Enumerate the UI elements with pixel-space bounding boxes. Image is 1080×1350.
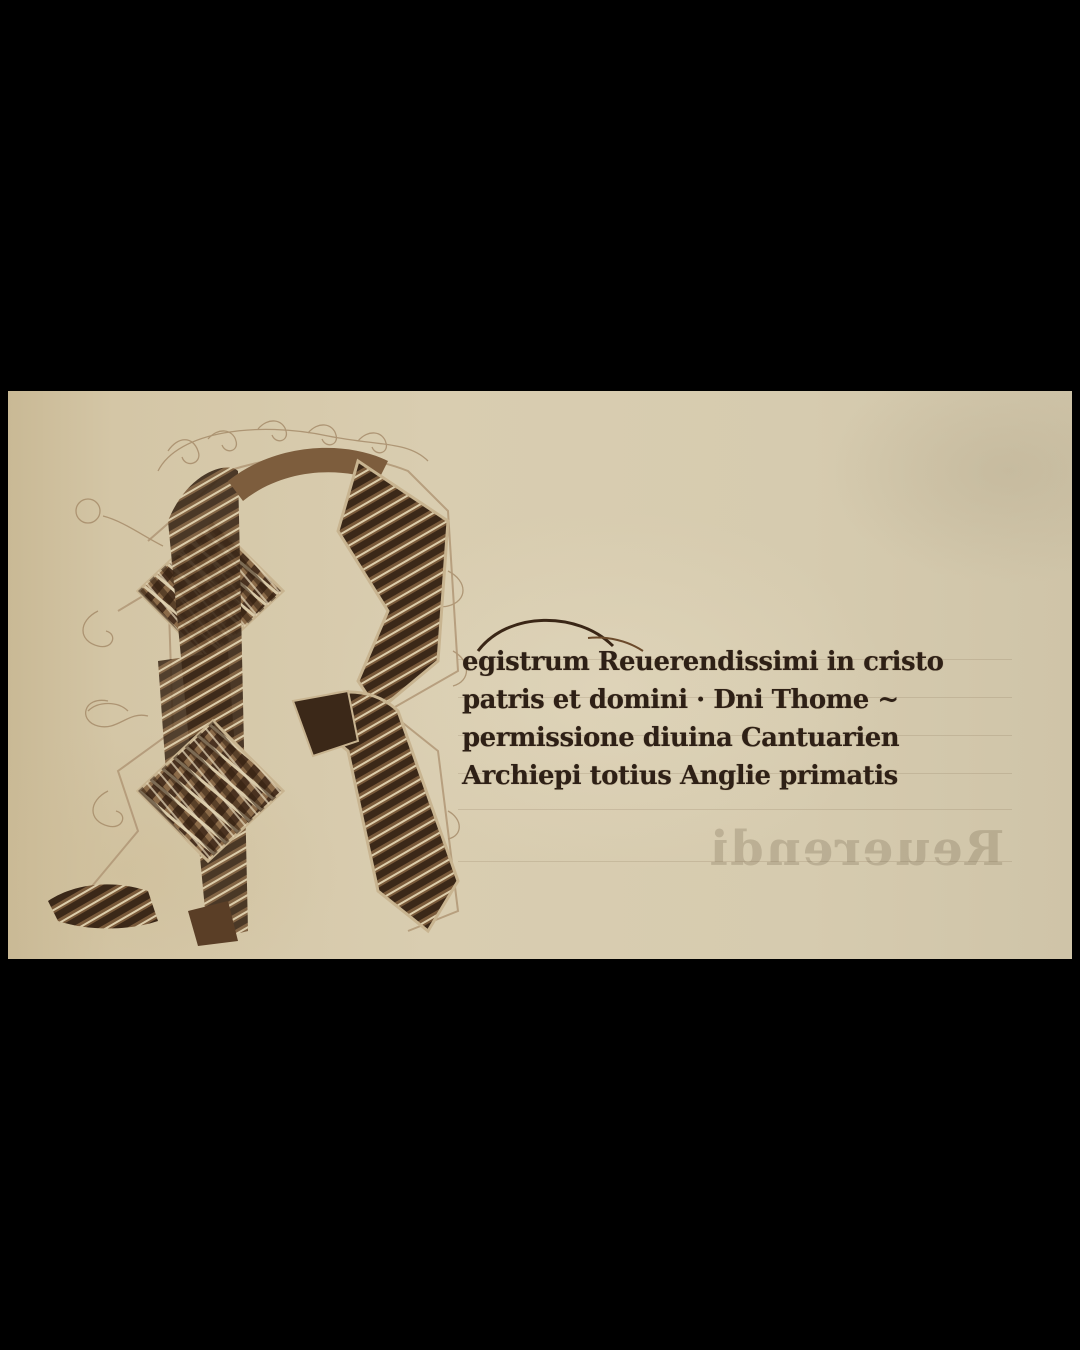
manuscript-page: Reuerendi bbox=[8, 391, 1072, 959]
text-line-3: permissione diuina Cantuarien bbox=[462, 719, 1022, 757]
text-line-4: Archiepi totius Anglie primatis bbox=[462, 757, 1022, 795]
decorated-initial-r bbox=[28, 411, 478, 951]
show-through-text: Reuerendi bbox=[708, 821, 1004, 877]
text-line-2: patris et domini · Dni Thome ~ bbox=[462, 681, 1022, 719]
incipit-text: egistrum Reuerendissimi in cristo patris… bbox=[462, 643, 1022, 795]
text-line-1: egistrum Reuerendissimi in cristo bbox=[462, 643, 1022, 681]
ruling-line bbox=[458, 809, 1012, 810]
